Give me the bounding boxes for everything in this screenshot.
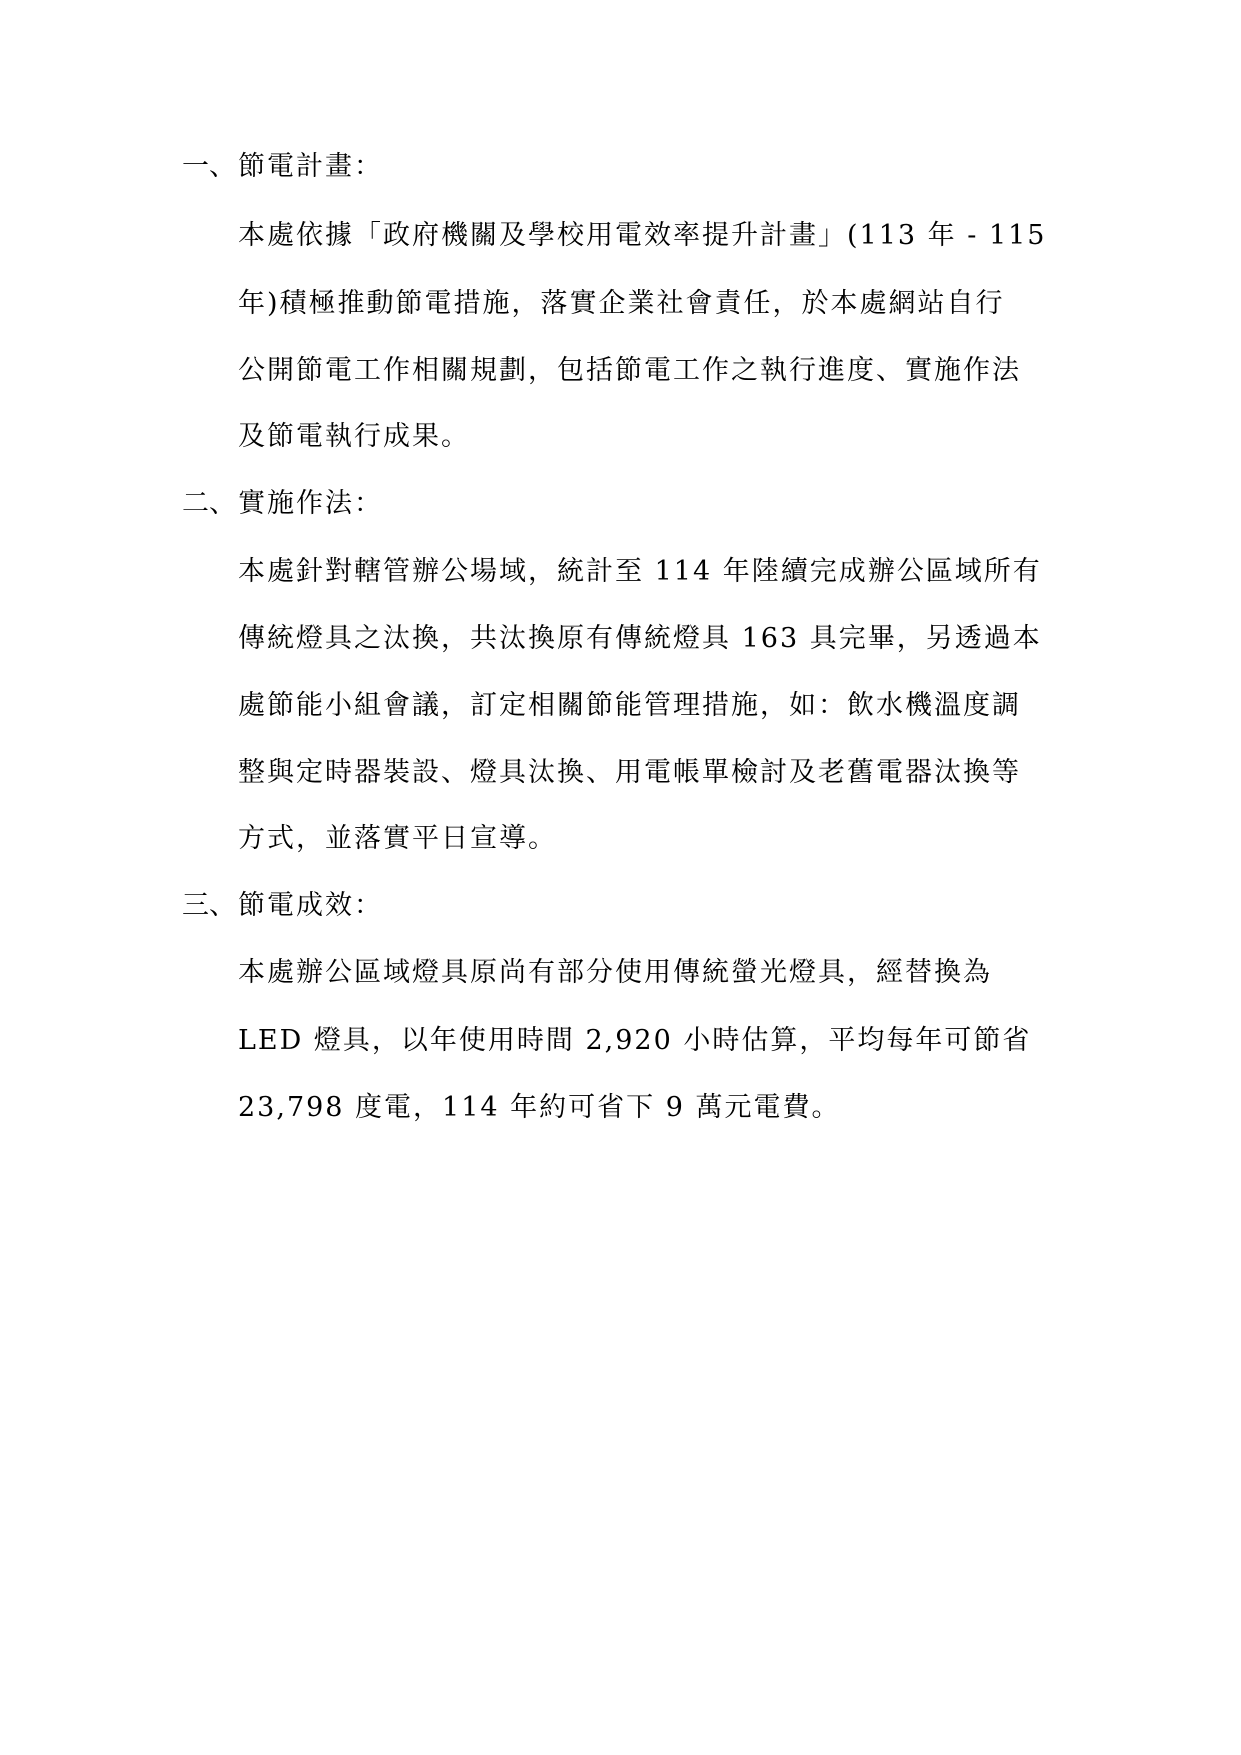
paragraph-line: 傳統燈具之汰換，共汰換原有傳統燈具 163 具完畢，另透過本 — [238, 622, 1042, 656]
paragraph-line: 年)積極推動節電措施，落實企業社會責任，於本處網站自行 — [238, 287, 1005, 321]
paragraph-line: 處節能小組會議，訂定相關節能管理措施，如：飲水機溫度調 — [238, 689, 1021, 723]
paragraph-line: 公開節電工作相關規劃，包括節電工作之執行進度、實施作法 — [238, 354, 1021, 388]
paragraph-line: LED 燈具，以年使用時間 2,920 小時估算，平均每年可節省 — [238, 1024, 1031, 1058]
section-marker: 一、 — [182, 150, 236, 184]
paragraph-line: 本處依據「政府機關及學校用電效率提升計畫」(113 年 - 115 — [238, 219, 1046, 253]
section-marker: 三、 — [182, 889, 236, 923]
section-marker: 二、 — [182, 487, 236, 521]
paragraph-line: 方式，並落實平日宣導。 — [238, 822, 557, 856]
paragraph-line: 本處針對轄管辦公場域，統計至 114 年陸續完成辦公區域所有 — [238, 555, 1042, 589]
section-heading: 節電成效： — [238, 889, 383, 923]
paragraph-line: 及節電執行成果。 — [238, 420, 470, 454]
paragraph-line: 23,798 度電，114 年約可省下 9 萬元電費。 — [238, 1091, 841, 1125]
paragraph-line: 本處辦公區域燈具原尚有部分使用傳統螢光燈具，經替換為 — [238, 956, 992, 990]
section-heading: 實施作法： — [238, 487, 383, 521]
section-heading: 節電計畫： — [238, 150, 383, 184]
document-page: 一、 節電計畫： 本處依據「政府機關及學校用電效率提升計畫」(113 年 - 1… — [0, 0, 1241, 1755]
paragraph-line: 整與定時器裝設、燈具汰換、用電帳單檢討及老舊電器汰換等 — [238, 756, 1021, 790]
